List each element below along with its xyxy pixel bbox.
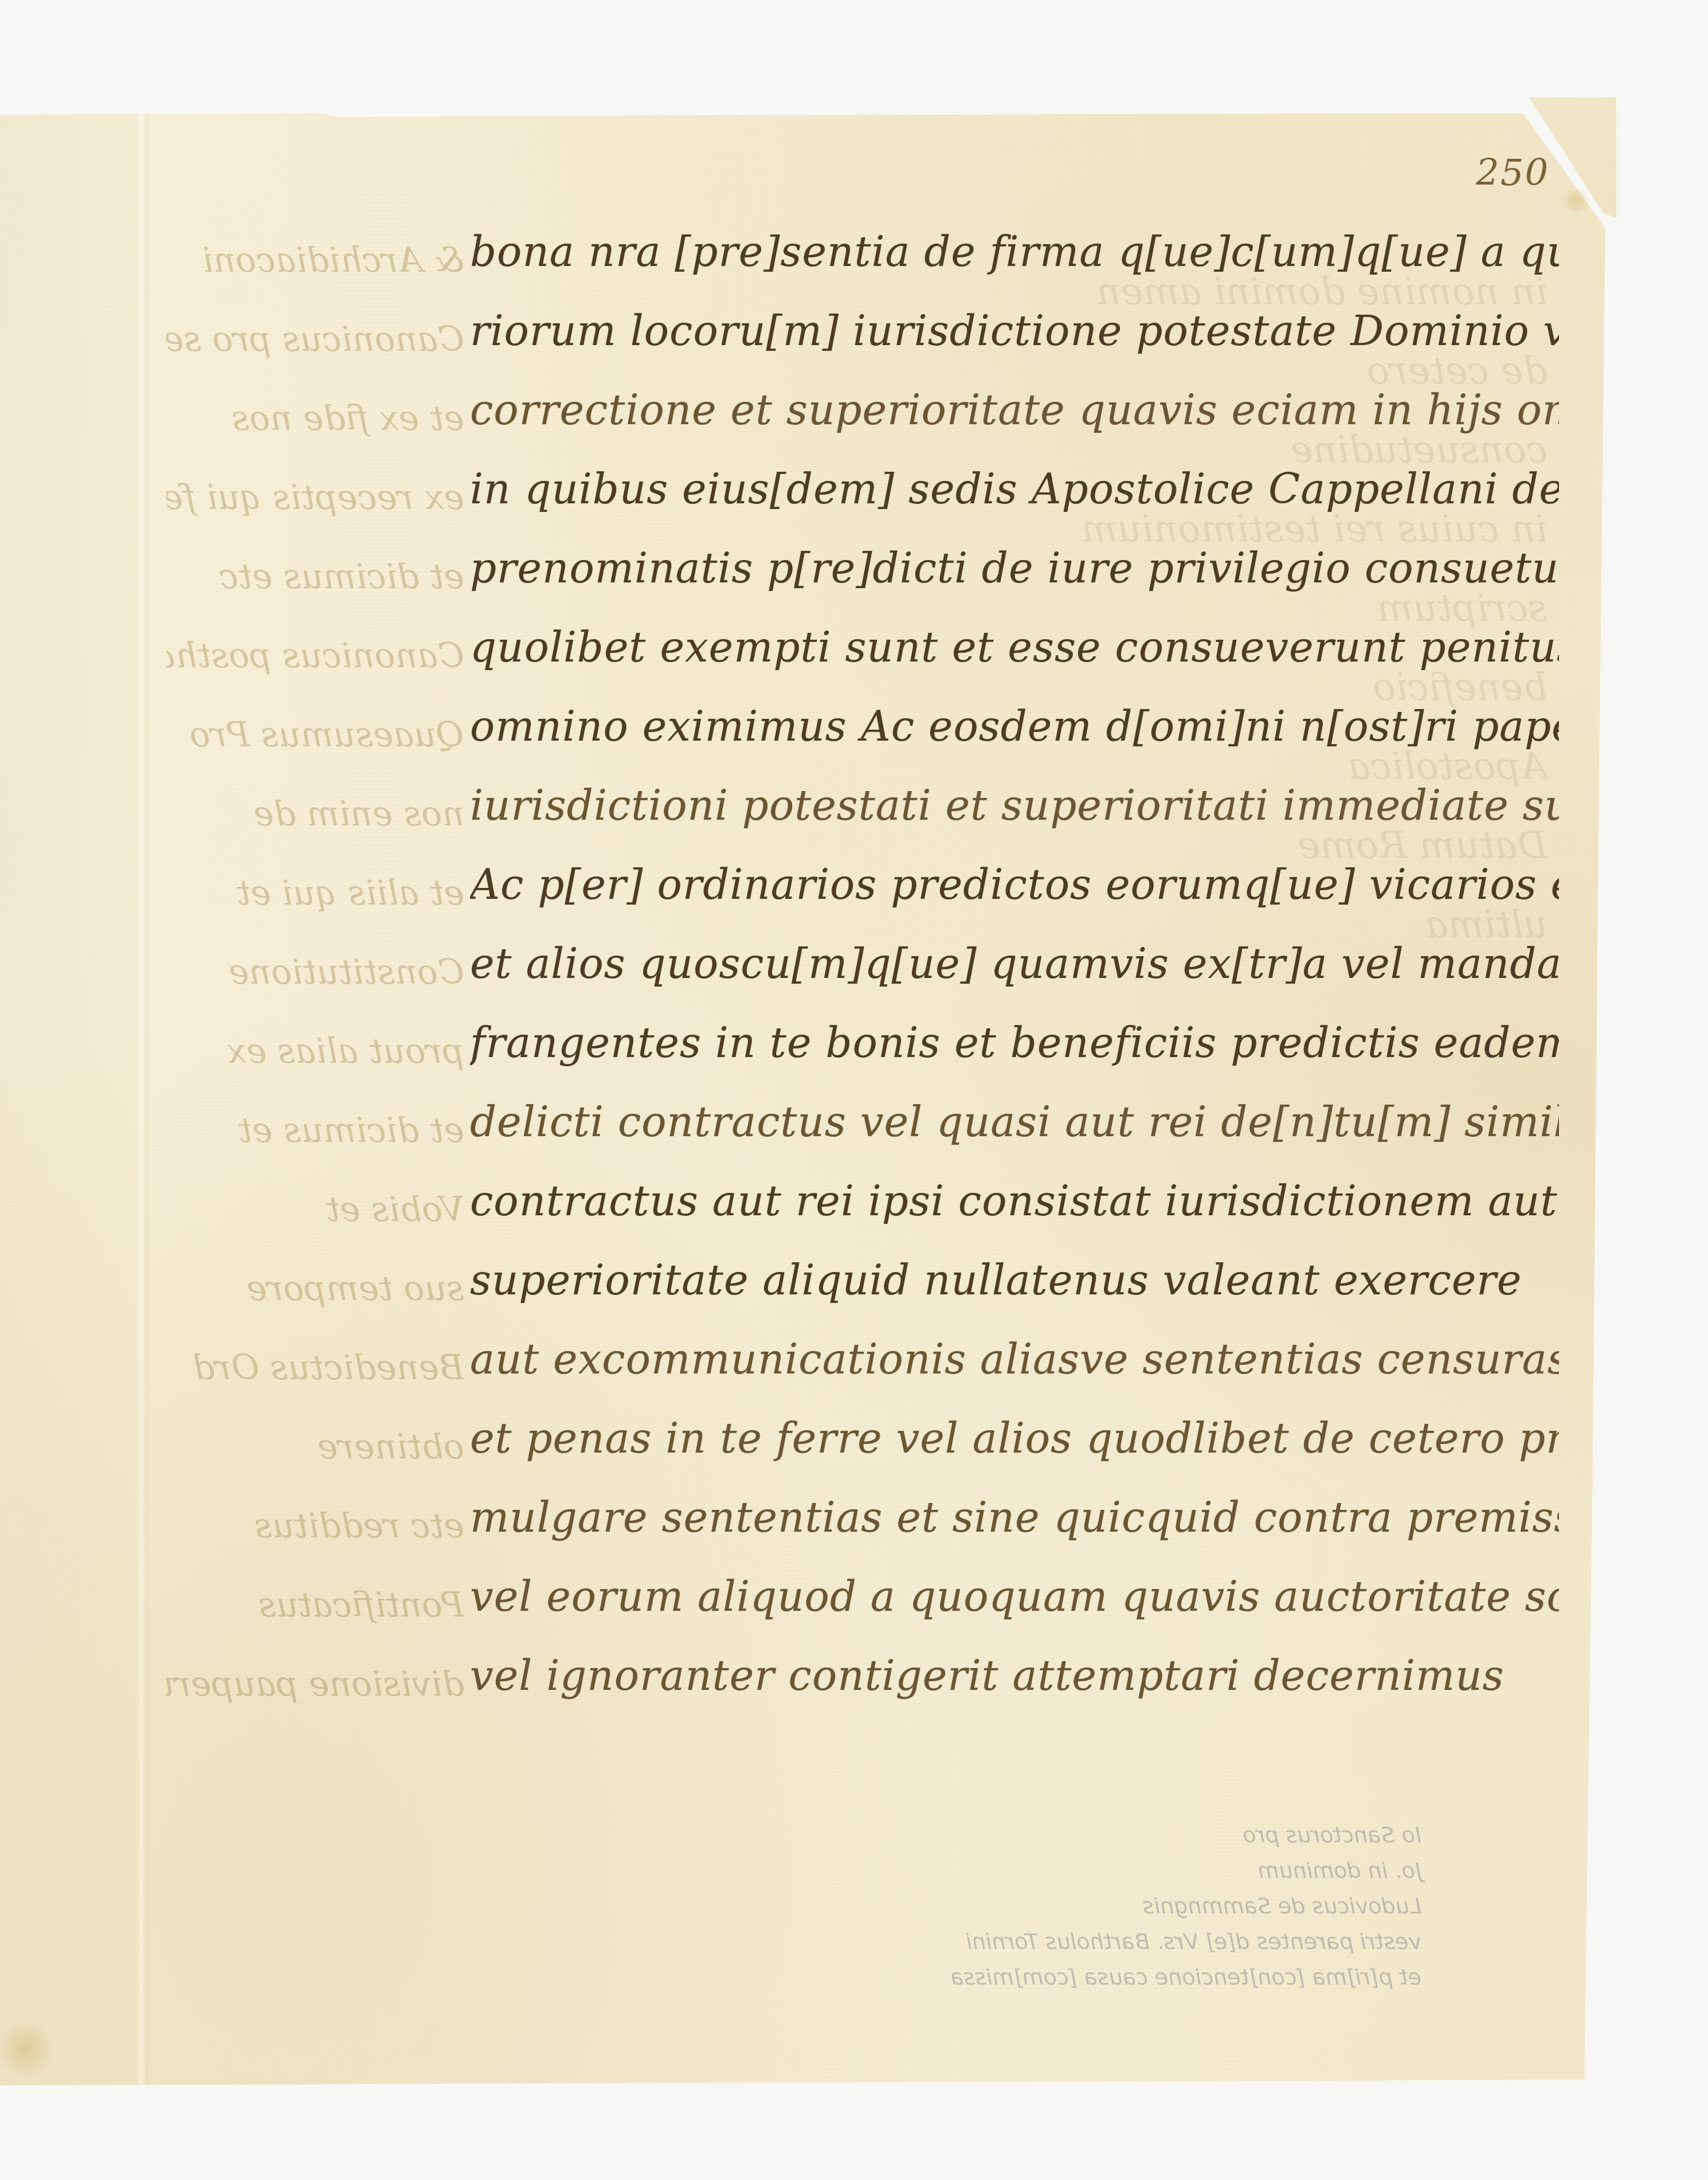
bleed-line: prout alias ex xyxy=(166,1012,464,1091)
text-line-7: omnino eximimus Ac eosdem d[omi]ni n[ost… xyxy=(470,687,1559,766)
bleed-line: Vobis et xyxy=(166,1170,464,1249)
bleed-line: Quaesumus Pro xyxy=(166,695,464,774)
text-line-4: in quibus eius[dem] sedis Apostolice Cap… xyxy=(470,449,1559,529)
bleed-line: et dicimus et xyxy=(166,1091,464,1170)
bleed-line: Canonicus posthac xyxy=(166,616,464,695)
pencil-line: Ludovicus de Sammngnis xyxy=(906,1888,1421,1924)
pencil-line: Io Sanctorus pro xyxy=(906,1817,1421,1853)
text-line-16: et penas in te ferre vel alios quodlibet… xyxy=(470,1399,1559,1478)
bleed-line: nos enim de xyxy=(166,774,464,854)
gutter-fold xyxy=(136,113,151,2085)
pencil-line: Jo. in dominum xyxy=(906,1853,1421,1888)
text-line-3: correctione et superioritate quavis ecia… xyxy=(470,370,1559,449)
text-line-19: vel ignoranter contigerit attemptari dec… xyxy=(470,1636,1559,1715)
bleed-line: suo tempore xyxy=(166,1249,464,1328)
bleed-line: et dicimus etc xyxy=(166,537,464,616)
foxing-stain xyxy=(1559,189,1593,212)
bleed-line: Pontificatus xyxy=(166,1565,464,1645)
text-line-12: delicti contractus vel quasi aut rei de[… xyxy=(470,1082,1559,1161)
text-line-13: contractus aut rei ipsi consistat iurisd… xyxy=(470,1161,1559,1240)
bleed-line: etc redditus xyxy=(166,1486,464,1565)
text-line-10: et alios quoscu[m]q[ue] quamvis ex[tr]a … xyxy=(470,924,1559,1003)
text-line-15: aut excommunicationis aliasve sententias… xyxy=(470,1320,1559,1399)
bleed-line: et ex fide nos xyxy=(166,379,464,458)
text-line-14: superioritate aliquid nullatenus valeant… xyxy=(470,1240,1559,1320)
bleed-through-left-margin: & Archidiaconi Canonicus pro seipsum et … xyxy=(166,221,464,1724)
bleed-line: & Archidiaconi xyxy=(166,221,464,300)
text-line-11: frangentes in te bonis et beneficiis pre… xyxy=(470,1003,1559,1082)
bleed-line: Benedictus Ord xyxy=(166,1328,464,1407)
text-line-18: vel eorum aliquod a quoquam quavis aucto… xyxy=(470,1557,1559,1636)
text-line-5: prenominatis p[re]dicti de iure privileg… xyxy=(470,529,1559,608)
text-line-9: Ac p[er] ordinarios predictos eorumq[ue]… xyxy=(470,845,1559,924)
text-line-6: quolibet exempti sunt et esse consueveru… xyxy=(470,608,1559,687)
pencil-line: et p[ri]ma [con]tencione causa [com]miss… xyxy=(906,1959,1421,1995)
pencil-annotations: Io Sanctorus pro Jo. in dominum Ludovicu… xyxy=(906,1817,1421,1995)
bleed-line: divisione pauperu xyxy=(166,1645,464,1724)
bleed-line: ex receptis qui fecit xyxy=(166,458,464,537)
text-line-8: iurisdictioni potestati et superioritati… xyxy=(470,766,1559,845)
bleed-line: Constitutione xyxy=(166,933,464,1012)
pencil-line: vestri parentes d[e] Vrs. Bartholus Torn… xyxy=(906,1924,1421,1959)
text-line-1: bona nra [pre]sentia de firma q[ue]c[um]… xyxy=(470,212,1559,291)
text-line-2: riorum locoru[m] iurisdictione potestate… xyxy=(470,291,1559,370)
bleed-line: et aliis qui et xyxy=(166,854,464,933)
foxing-stain xyxy=(0,2018,52,2081)
main-text-block: bona nra [pre]sentia de firma q[ue]c[um]… xyxy=(470,212,1559,1715)
text-line-17: mulgare sententias et sine quicquid cont… xyxy=(470,1478,1559,1557)
bleed-line: obtinere xyxy=(166,1407,464,1486)
folio-number: 250 xyxy=(1476,152,1549,194)
bleed-line: Canonicus pro seipsum xyxy=(166,300,464,379)
